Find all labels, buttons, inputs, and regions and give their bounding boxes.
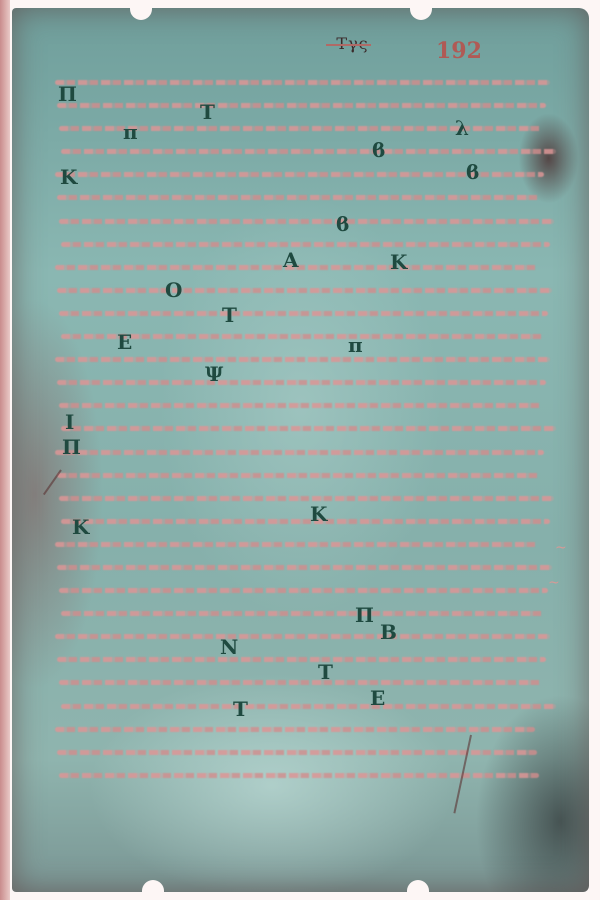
overtext-letter: Ι (65, 410, 74, 434)
overtext-letter: ϐ (372, 138, 385, 162)
overtext-letter: Π (58, 82, 77, 106)
undertext-line (59, 496, 554, 501)
undertext-lines (55, 80, 555, 796)
undertext-line (59, 311, 548, 316)
overtext-letter: Π (62, 435, 81, 459)
overtext-letter: ϐ (466, 160, 479, 184)
overtext-letter: Τ (318, 660, 333, 684)
undertext-line (57, 657, 546, 662)
undertext-line (59, 773, 539, 778)
overtext-letter: Κ (310, 502, 327, 526)
undertext-line (57, 103, 546, 108)
overtext-letter: π (348, 333, 363, 357)
overtext-letter: Α (283, 248, 299, 272)
undertext-line (57, 565, 552, 570)
undertext-line (61, 704, 556, 709)
overtext-letter: Ε (370, 686, 385, 710)
undertext-line (61, 611, 544, 616)
top-note: -Τγς (330, 34, 369, 53)
binding-notch (410, 6, 432, 20)
overtext-letter: Π (355, 603, 374, 627)
overtext-letter: Κ (60, 165, 77, 189)
overtext-letter: Ε (117, 330, 132, 354)
overtext-letter: Τ (233, 697, 248, 721)
undertext-line (55, 727, 535, 732)
overtext-letter: λ (455, 116, 469, 140)
overtext-letter: Β (380, 620, 397, 644)
overtext-letter: Ψ (205, 362, 223, 386)
overtext-letter: Ν (220, 635, 238, 659)
undertext-line (57, 380, 546, 385)
overtext-letter: Ο (165, 278, 182, 302)
overtext-letter: Τ (200, 100, 215, 124)
binding-notch (142, 880, 164, 894)
undertext-line (61, 242, 550, 247)
overtext-letter: Τ (222, 303, 237, 327)
binding-notch (130, 6, 152, 20)
undertext-line (55, 357, 550, 362)
overtext-letter: ϐ (336, 212, 349, 236)
overtext-letter: π (123, 120, 138, 144)
undertext-line (55, 80, 550, 85)
overtext-letter: Κ (72, 515, 89, 539)
binding-notch (407, 880, 429, 894)
undertext-line (59, 588, 548, 593)
undertext-line (61, 149, 556, 154)
overtext-letter: Κ (390, 250, 407, 274)
undertext-line (57, 473, 540, 478)
undertext-line (61, 519, 550, 524)
undertext-line (61, 426, 556, 431)
undertext-line (61, 334, 544, 339)
undertext-line (59, 403, 542, 408)
folio-number: 192 (436, 38, 482, 64)
undertext-line (55, 542, 538, 547)
margin-gloss: ~ (555, 540, 567, 556)
margin-gloss: ~ (548, 575, 560, 591)
undertext-line (55, 634, 550, 639)
undertext-line (55, 450, 544, 455)
page-edge (0, 0, 10, 900)
undertext-line (59, 219, 554, 224)
undertext-line (57, 288, 552, 293)
undertext-line (57, 195, 540, 200)
undertext-line (59, 680, 542, 685)
